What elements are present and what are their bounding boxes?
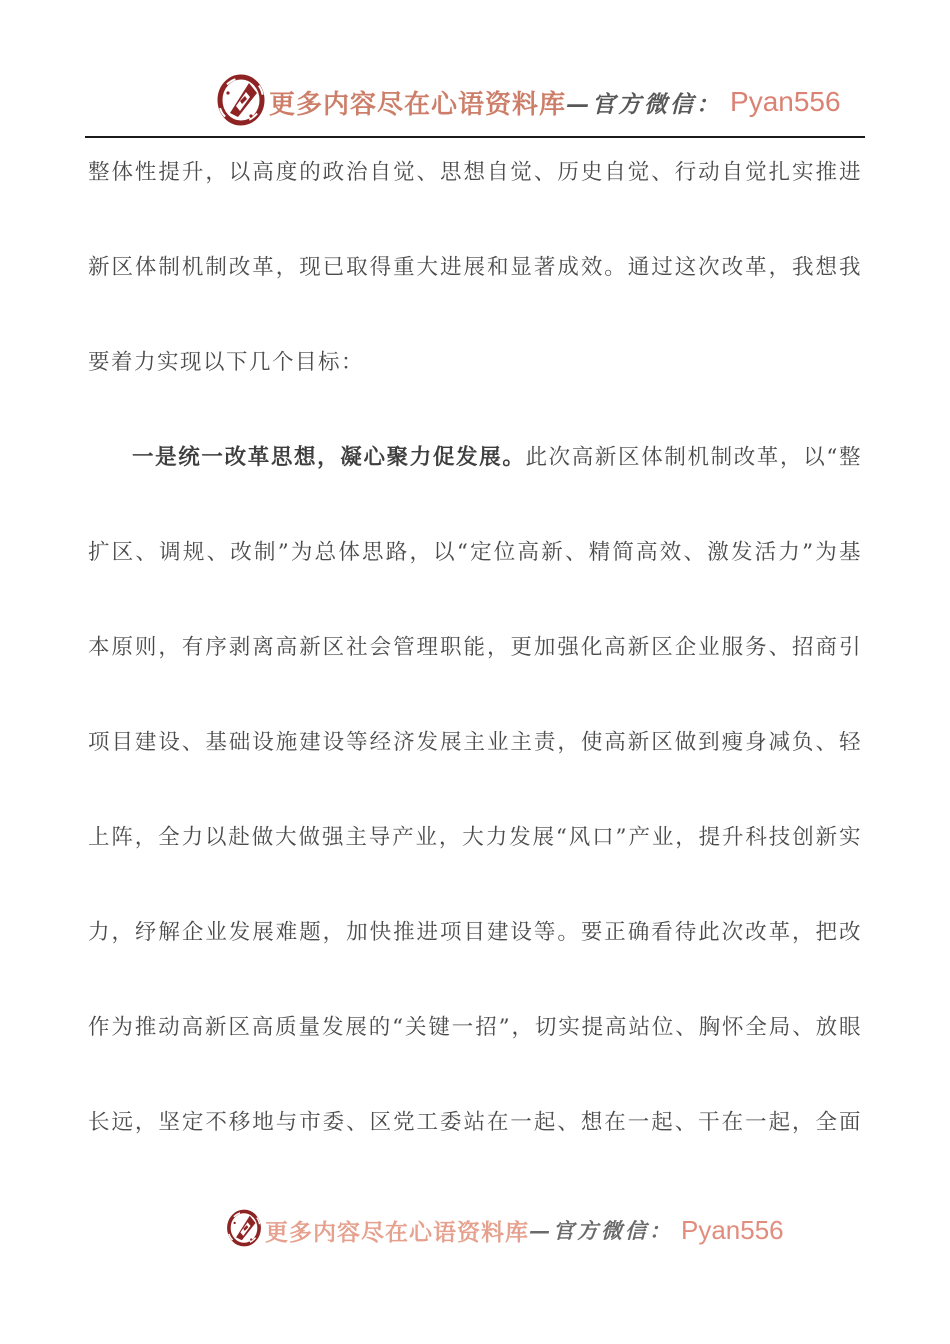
- text-run: 上阵，全力以赴做大做强主导产业，大力发展“风口”产业，提升科技创新实: [88, 825, 862, 850]
- text-run: 本原则，有序剥离高新区社会管理职能，更加强化高新区企业服务、招商引资、: [88, 635, 862, 695]
- document-body-text: 整体性提升，以高度的政治自觉、思想自觉、历史自觉、行动自觉扎实推进高新区体制机制…: [88, 125, 862, 1170]
- document-page: 更多内容尽在心语资料库 —官方微信： Pyan556 整体性提升，以高度的政治自…: [0, 0, 950, 1344]
- text-line-8: 上阵，全力以赴做大做强主导产业，大力发展“风口”产业，提升科技创新实: [88, 790, 862, 885]
- text-line-6: 本原则，有序剥离高新区社会管理职能，更加强化高新区企业服务、招商引资、: [88, 600, 862, 695]
- text-run: 新区体制机制改革，现已取得重大进展和显著成效。通过这次改革，我想我们: [88, 255, 862, 315]
- brand-text: 更多内容尽在心语资料库: [265, 1214, 529, 1247]
- wechat-id: Pyan556: [730, 86, 841, 118]
- pen-circle-logo-icon: [216, 73, 266, 131]
- text-line-11: 长远，坚定不移地与市委、区党工委站在一起、想在一起、干在一起，全面推: [88, 1075, 862, 1170]
- footer-brand-bar: 更多内容尽在心语资料库 —官方微信： Pyan556: [226, 1207, 784, 1253]
- brand-text: 更多内容尽在心语资料库: [269, 84, 566, 121]
- text-line-7: 项目建设、基础设施建设等经济发展主业主责，使高新区做到瘦身减负、轻装: [88, 695, 862, 790]
- text-line-5: 扩区、调规、改制”为总体思路，以“定位高新、精简高效、激发活力”为基: [88, 505, 862, 600]
- text-line-4: 一是统一改革思想，凝心聚力促发展。此次高新区体制机制改革，以“整合、: [88, 410, 862, 505]
- text-line-2: 新区体制机制改革，现已取得重大进展和显著成效。通过这次改革，我想我们: [88, 220, 862, 315]
- text-run: 要着力实现以下几个目标：: [88, 350, 364, 375]
- text-line-3: 要着力实现以下几个目标：: [88, 315, 862, 410]
- bold-run: 一是统一改革思想，凝心聚力促发展。: [132, 445, 525, 470]
- text-run: 长远，坚定不移地与市委、区党工委站在一起、想在一起、干在一起，全面推: [88, 1110, 862, 1170]
- text-run: 扩区、调规、改制”为总体思路，以“定位高新、精简高效、激发活力”为基: [88, 540, 862, 565]
- text-run: 作为推动高新区高质量发展的“关键一招”，切实提高站位、胸怀全局、放眼: [88, 1015, 862, 1040]
- text-line-10: 作为推动高新区高质量发展的“关键一招”，切实提高站位、胸怀全局、放眼: [88, 980, 862, 1075]
- header-brand-bar: 更多内容尽在心语资料库 —官方微信： Pyan556: [216, 74, 841, 130]
- wechat-label: —官方微信：: [529, 1215, 673, 1245]
- wechat-label: —官方微信：: [566, 86, 722, 119]
- text-line-1: 整体性提升，以高度的政治自觉、思想自觉、历史自觉、行动自觉扎实推进高: [88, 125, 862, 220]
- text-run: 项目建设、基础设施建设等经济发展主业主责，使高新区做到瘦身减负、轻装: [88, 730, 862, 790]
- text-run: 整体性提升，以高度的政治自觉、思想自觉、历史自觉、行动自觉扎实推进高: [88, 160, 862, 220]
- text-line-9: 力，纾解企业发展难题，加快推进项目建设等。要正确看待此次改革，把改革: [88, 885, 862, 980]
- text-run: 力，纾解企业发展难题，加快推进项目建设等。要正确看待此次改革，把改革: [88, 920, 862, 980]
- pen-circle-logo-icon: [226, 1208, 262, 1252]
- wechat-id: Pyan556: [681, 1215, 784, 1246]
